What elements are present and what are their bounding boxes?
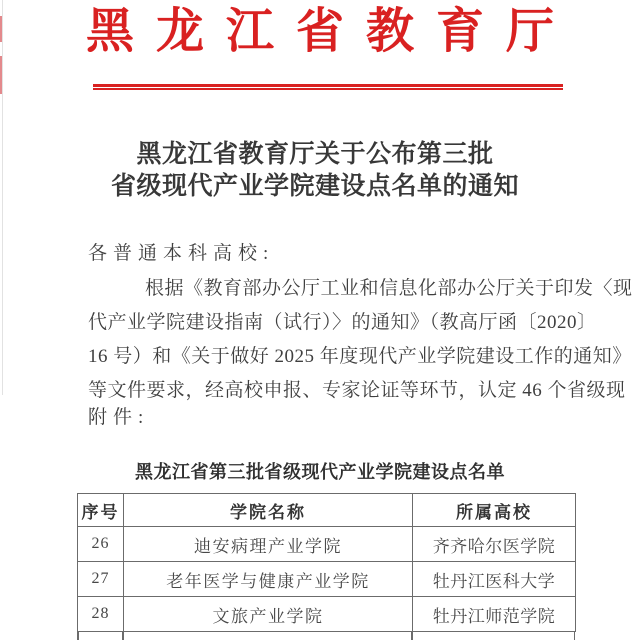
construction-points-table: 序号 学院名称 所属高校 26 迪安病理产业学院 齐齐哈尔医学院 27 老年医学…	[77, 493, 576, 632]
table-row: 27 老年医学与健康产业学院 牡丹江医科大学	[78, 562, 576, 597]
table-row: 26 迪安病理产业学院 齐齐哈尔医学院	[78, 527, 576, 562]
table-row: 28 文旅产业学院 牡丹江师范学院	[78, 597, 576, 632]
cell-college-name: 文旅产业学院	[124, 597, 413, 632]
table-caption: 黑龙江省第三批省级现代产业学院建设点名单	[0, 461, 640, 483]
paragraph-line-1: 根据《教育部办公厅工业和信息化部办公厅关于印发〈现	[145, 277, 633, 301]
cell-college-name: 迪安病理产业学院	[124, 527, 413, 562]
document-page: 黑龙江省教育厅 黑龙江省教育厅关于公布第三批 省级现代产业学院建设点名单的通知 …	[0, 0, 640, 640]
header-serial-number: 序号	[78, 494, 124, 527]
letterhead-divider	[93, 84, 563, 90]
cell-serial-number: 26	[78, 527, 124, 562]
cell-university: 齐齐哈尔医学院	[413, 527, 576, 562]
table-cutoff-border	[122, 631, 124, 640]
paragraph-line-4: 等文件要求，经高校申报、专家论证等环节，认定 46 个省级现	[88, 379, 626, 403]
letterhead-agency-title: 黑龙江省教育厅	[0, 6, 640, 58]
table-cutoff-border	[77, 631, 79, 640]
paragraph-line-2: 代产业学院建设指南（试行）〉的通知》（教高厅函〔2020〕	[88, 311, 597, 335]
salutation: 各普通本科高校:	[88, 242, 274, 266]
table-cutoff-border	[411, 631, 413, 640]
cell-serial-number: 27	[78, 562, 124, 597]
cell-university: 牡丹江师范学院	[413, 597, 576, 632]
scan-red-artifact	[0, 56, 2, 94]
cell-university: 牡丹江医科大学	[413, 562, 576, 597]
cell-serial-number: 28	[78, 597, 124, 632]
notice-title: 黑龙江省教育厅关于公布第三批 省级现代产业学院建设点名单的通知	[0, 139, 630, 203]
table-cutoff-border	[574, 631, 576, 640]
cell-college-name: 老年医学与健康产业学院	[124, 562, 413, 597]
paragraph-line-3: 16 号）和《关于做好 2025 年度现代产业学院建设工作的通知》	[88, 345, 632, 369]
attachment-label: 附件:	[88, 406, 149, 430]
table-header-row: 序号 学院名称 所属高校	[78, 494, 576, 527]
notice-title-line2: 省级现代产业学院建设点名单的通知	[0, 171, 630, 203]
header-college-name: 学院名称	[124, 494, 413, 527]
notice-title-line1: 黑龙江省教育厅关于公布第三批	[0, 139, 630, 171]
header-university: 所属高校	[413, 494, 576, 527]
